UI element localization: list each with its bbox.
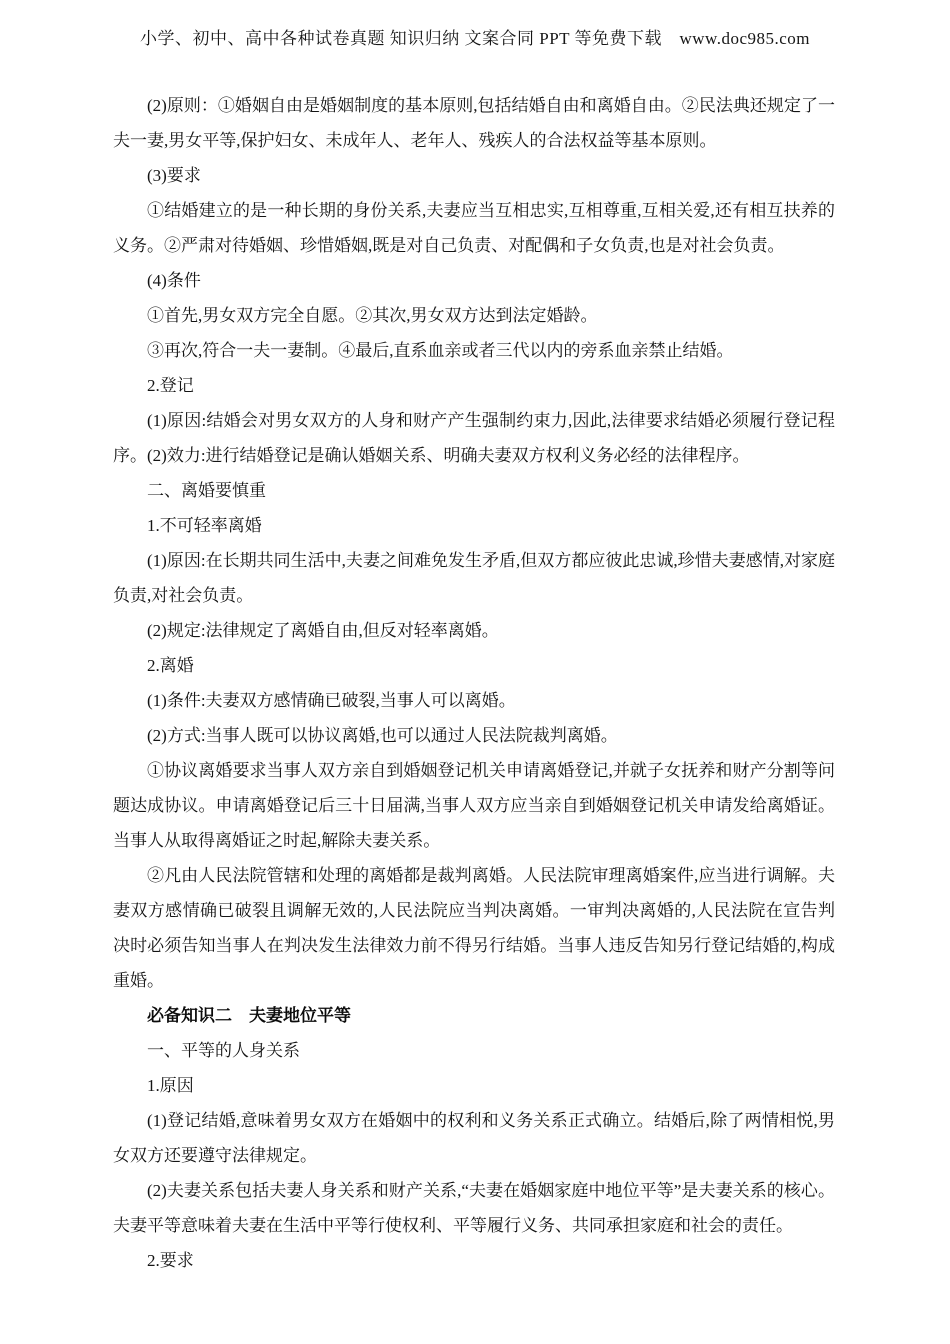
document-body: (2)原则：①婚姻自由是婚姻制度的基本原则,包括结婚自由和离婚自由。②民法典还规… (113, 88, 835, 1278)
paragraph: (4)条件 (113, 263, 835, 298)
paragraph: (2)方式:当事人既可以协议离婚,也可以通过人民法院裁判离婚。 (113, 718, 835, 753)
paragraph: (1)登记结婚,意味着男女双方在婚姻中的权利和义务关系正式确立。结婚后,除了两情… (113, 1103, 835, 1173)
page-background: 小学、初中、高中各种试卷真题 知识归纳 文案合同 PPT 等免费下载 www.d… (0, 0, 950, 1344)
paragraph: ③再次,符合一夫一妻制。④最后,直系血亲或者三代以内的旁系血亲禁止结婚。 (113, 333, 835, 368)
site-watermark-header: 小学、初中、高中各种试卷真题 知识归纳 文案合同 PPT 等免费下载 www.d… (0, 24, 950, 49)
paragraph: ①协议离婚要求当事人双方亲自到婚姻登记机关申请离婚登记,并就子女抚养和财产分割等… (113, 753, 835, 858)
paragraph: 2.登记 (113, 368, 835, 403)
paragraph: (1)原因:在长期共同生活中,夫妻之间难免发生矛盾,但双方都应彼此忠诚,珍惜夫妻… (113, 543, 835, 613)
paragraph: 二、离婚要慎重 (113, 473, 835, 508)
paragraph: 2.要求 (113, 1243, 835, 1278)
paragraph: 1.原因 (113, 1068, 835, 1103)
paragraph: (1)条件:夫妻双方感情确已破裂,当事人可以离婚。 (113, 683, 835, 718)
document-page: { "header": { "text": "小学、初中、高中各种试卷真题 知识… (0, 0, 950, 1344)
paragraph: 2.离婚 (113, 648, 835, 683)
paragraph: 一、平等的人身关系 (113, 1033, 835, 1068)
paragraph: (3)要求 (113, 158, 835, 193)
paragraph: ②凡由人民法院管辖和处理的离婚都是裁判离婚。人民法院审理离婚案件,应当进行调解。… (113, 858, 835, 998)
paragraph: (2)夫妻关系包括夫妻人身关系和财产关系,“夫妻在婚姻家庭中地位平等”是夫妻关系… (113, 1173, 835, 1243)
paragraph: (1)原因:结婚会对男女双方的人身和财产产生强制约束力,因此,法律要求结婚必须履… (113, 403, 835, 473)
paragraph: ①首先,男女双方完全自愿。②其次,男女双方达到法定婚龄。 (113, 298, 835, 333)
paragraph: ①结婚建立的是一种长期的身份关系,夫妻应当互相忠实,互相尊重,互相关爱,还有相互… (113, 193, 835, 263)
section-heading: 必备知识二 夫妻地位平等 (113, 998, 835, 1033)
paragraph: 1.不可轻率离婚 (113, 508, 835, 543)
paragraph: (2)规定:法律规定了离婚自由,但反对轻率离婚。 (113, 613, 835, 648)
paragraph: (2)原则：①婚姻自由是婚姻制度的基本原则,包括结婚自由和离婚自由。②民法典还规… (113, 88, 835, 158)
